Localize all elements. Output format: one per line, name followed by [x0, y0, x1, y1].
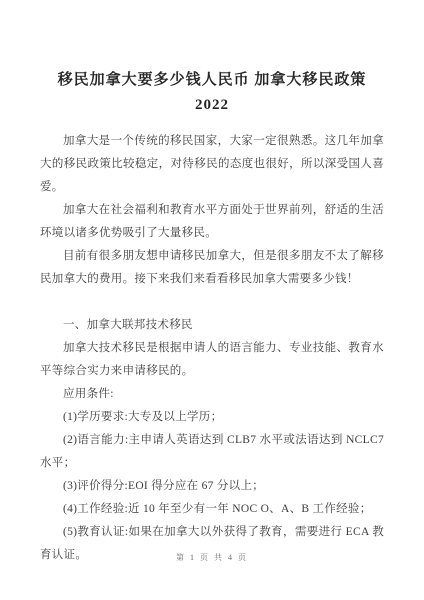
- condition-item: (3)评价得分:EOI 得分应在 67 分以上；: [40, 475, 384, 498]
- intro-paragraph: 加拿大在社会福利和教育水平方面处于世界前列，舒适的生活环境以诸多优势吸引了大量移…: [40, 199, 384, 245]
- document-body: 加拿大是一个传统的移民国家，大家一定很熟悉。这几年加拿大的移民政策比较稳定，对待…: [40, 130, 384, 567]
- intro-paragraph: 目前有很多朋友想申请移民加拿大，但是很多朋友不太了解移民加拿大的费用。接下来我们…: [40, 245, 384, 291]
- condition-item: (1)学历要求:大专及以上学历；: [40, 406, 384, 429]
- condition-item: (2)语言能力:主申请人英语达到 CLB7 水平或法语达到 NCLC7 水平；: [40, 429, 384, 475]
- conditions-label: 应用条件:: [40, 383, 384, 406]
- section-description: 加拿大技术移民是根据申请人的语言能力、专业技能、教育水平等综合实力来申请移民的。: [40, 337, 384, 383]
- document-title: 移民加拿大要多少钱人民币 加拿大移民政策2022: [46, 68, 378, 118]
- page-footer: 第 1 页 共 4 页: [0, 552, 424, 563]
- intro-paragraph: 加拿大是一个传统的移民国家，大家一定很熟悉。这几年加拿大的移民政策比较稳定，对待…: [40, 130, 384, 199]
- document-page: 移民加拿大要多少钱人民币 加拿大移民政策2022 加拿大是一个传统的移民国家，大…: [0, 0, 424, 600]
- section-heading: 一、加拿大联邦技术移民: [40, 314, 384, 337]
- condition-item: (4)工作经验:近 10 年至少有一年 NOC O、A、B 工作经验；: [40, 498, 384, 521]
